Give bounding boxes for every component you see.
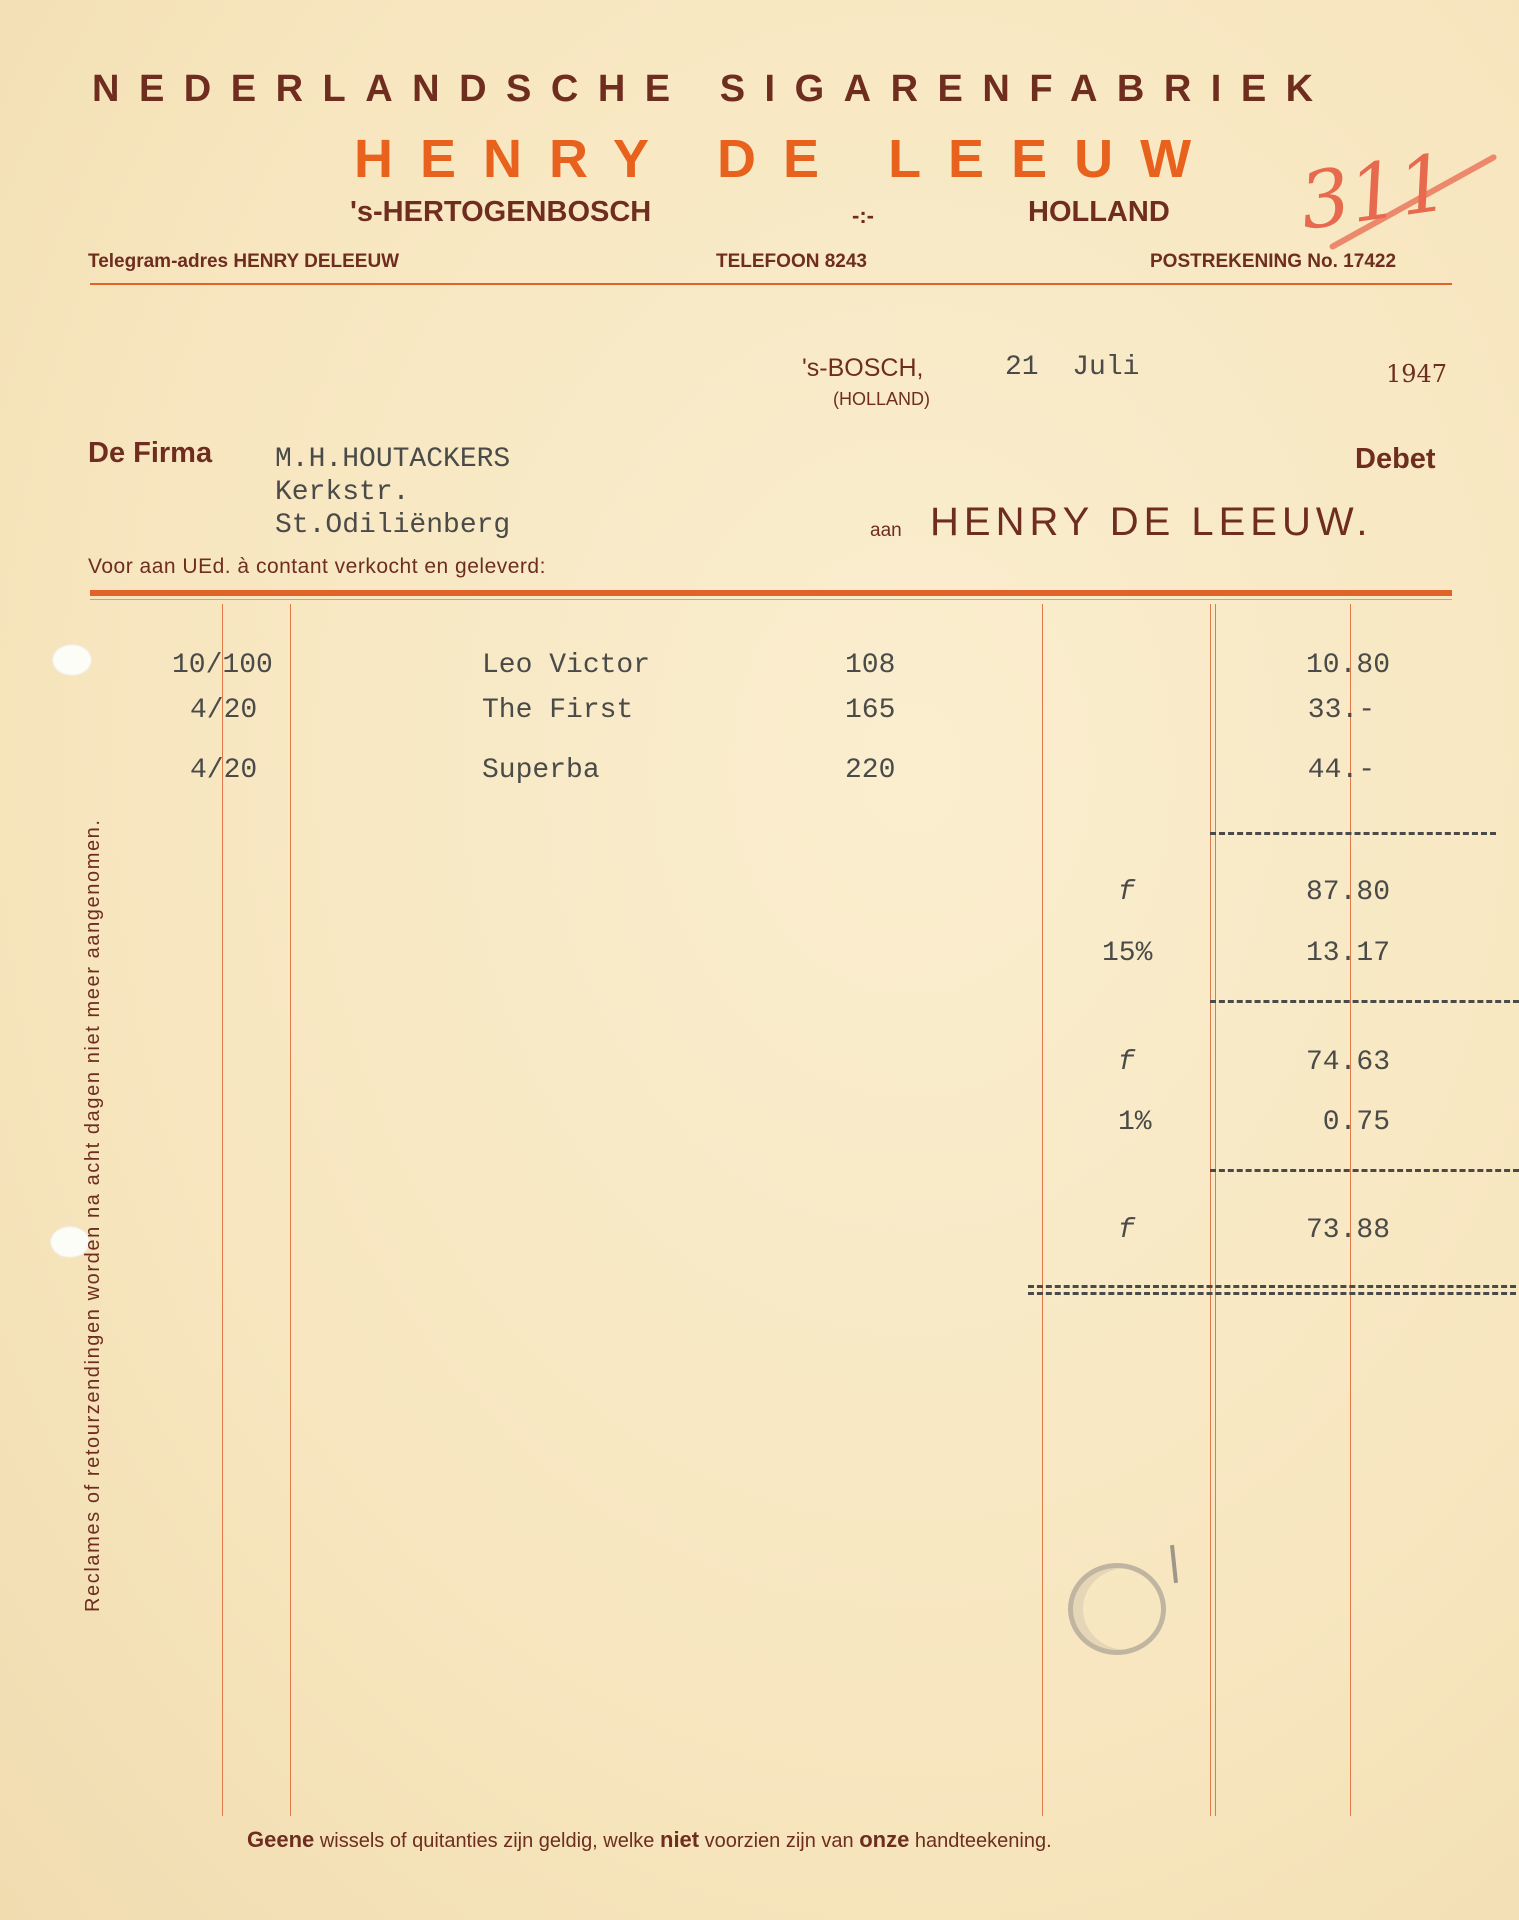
grand-total-label: f — [1118, 1215, 1135, 1246]
letterhead-country: HOLLAND — [1028, 196, 1170, 229]
item-quantity: 4/20 — [190, 695, 257, 726]
total-amount: 74.63 — [1190, 1047, 1390, 1078]
intro-line: Voor aan UEd. à contant verkocht en gele… — [88, 555, 546, 579]
debit-to-prefix: aan — [870, 520, 902, 542]
column-line — [290, 604, 291, 1816]
punch-hole — [52, 644, 92, 676]
telegram-address: Telegram-adres HENRY DELEEUW — [88, 251, 399, 273]
telephone-number: TELEFOON 8243 — [716, 251, 867, 273]
item-amount: 44.- — [1175, 755, 1375, 786]
subtotal-rule — [1210, 1169, 1519, 1172]
total-label: f — [1118, 877, 1135, 908]
grand-total-amount: 73.88 — [1190, 1215, 1390, 1246]
postal-account: POSTREKENING No. 17422 — [1150, 251, 1396, 273]
debit-to-name: HENRY DE LEEUW. — [930, 500, 1373, 545]
footer-emphasis: onze — [859, 1827, 909, 1852]
date-day-month: 21 Juli — [1005, 352, 1139, 383]
discount-amount: 0.75 — [1190, 1107, 1390, 1138]
item-price: 108 — [845, 650, 895, 681]
total-label: f — [1118, 1047, 1135, 1078]
recipient-name: M.H.HOUTACKERS — [275, 443, 510, 476]
discount-amount: 13.17 — [1190, 938, 1390, 969]
recipient-town: St.Odiliënberg — [275, 509, 510, 542]
recipient-street: Kerkstr. — [275, 476, 409, 509]
brand-name: HENRY DE LEEUW — [354, 128, 1218, 190]
grand-total-double-rule — [1028, 1292, 1516, 1295]
footer-note: Geene wissels of quitanties zijn geldig,… — [247, 1827, 1052, 1853]
discount-label: 15% — [1102, 938, 1152, 969]
column-line — [1042, 604, 1043, 1816]
discount-label: 1% — [1118, 1107, 1152, 1138]
grand-total-double-rule — [1028, 1285, 1516, 1288]
table-top-rule — [90, 590, 1452, 596]
item-product: Leo Victor — [482, 650, 650, 681]
item-quantity: 10/100 — [172, 650, 273, 681]
item-price: 165 — [845, 695, 895, 726]
item-product: The First — [482, 695, 633, 726]
item-price: 220 — [845, 755, 895, 786]
total-amount: 87.80 — [1190, 877, 1390, 908]
company-line: NEDERLANDSCHE SIGARENFABRIEK — [92, 68, 1333, 111]
footer-text: wissels of quitanties zijn geldig, welke — [314, 1830, 660, 1852]
item-product: Superba — [482, 755, 600, 786]
item-amount: 10.80 — [1190, 650, 1390, 681]
debit-label: Debet — [1355, 443, 1436, 476]
date-place-sub: (HOLLAND) — [833, 389, 930, 410]
header-rule — [90, 283, 1452, 285]
letterhead-city: 's-HERTOGENBOSCH — [350, 196, 651, 229]
footer-emphasis: Geene — [247, 1827, 314, 1852]
recipient-label: De Firma — [88, 437, 212, 470]
item-quantity: 4/20 — [190, 755, 257, 786]
footer-text: handteekening. — [909, 1830, 1051, 1852]
item-amount: 33.- — [1175, 695, 1375, 726]
letterhead-separator: -:- — [852, 203, 874, 229]
date-year: 1947 — [1386, 360, 1447, 388]
subtotal-rule — [1210, 832, 1496, 835]
footer-emphasis: niet — [660, 1827, 699, 1852]
date-place: 's-BOSCH, — [802, 354, 923, 383]
ink-stamp — [1068, 1563, 1166, 1655]
returns-policy-note: Reclames of retourzendingen worden na ac… — [82, 818, 105, 1612]
subtotal-rule — [1210, 1000, 1519, 1003]
table-top-rule-thin — [90, 599, 1452, 600]
footer-text: voorzien zijn van — [699, 1830, 859, 1852]
